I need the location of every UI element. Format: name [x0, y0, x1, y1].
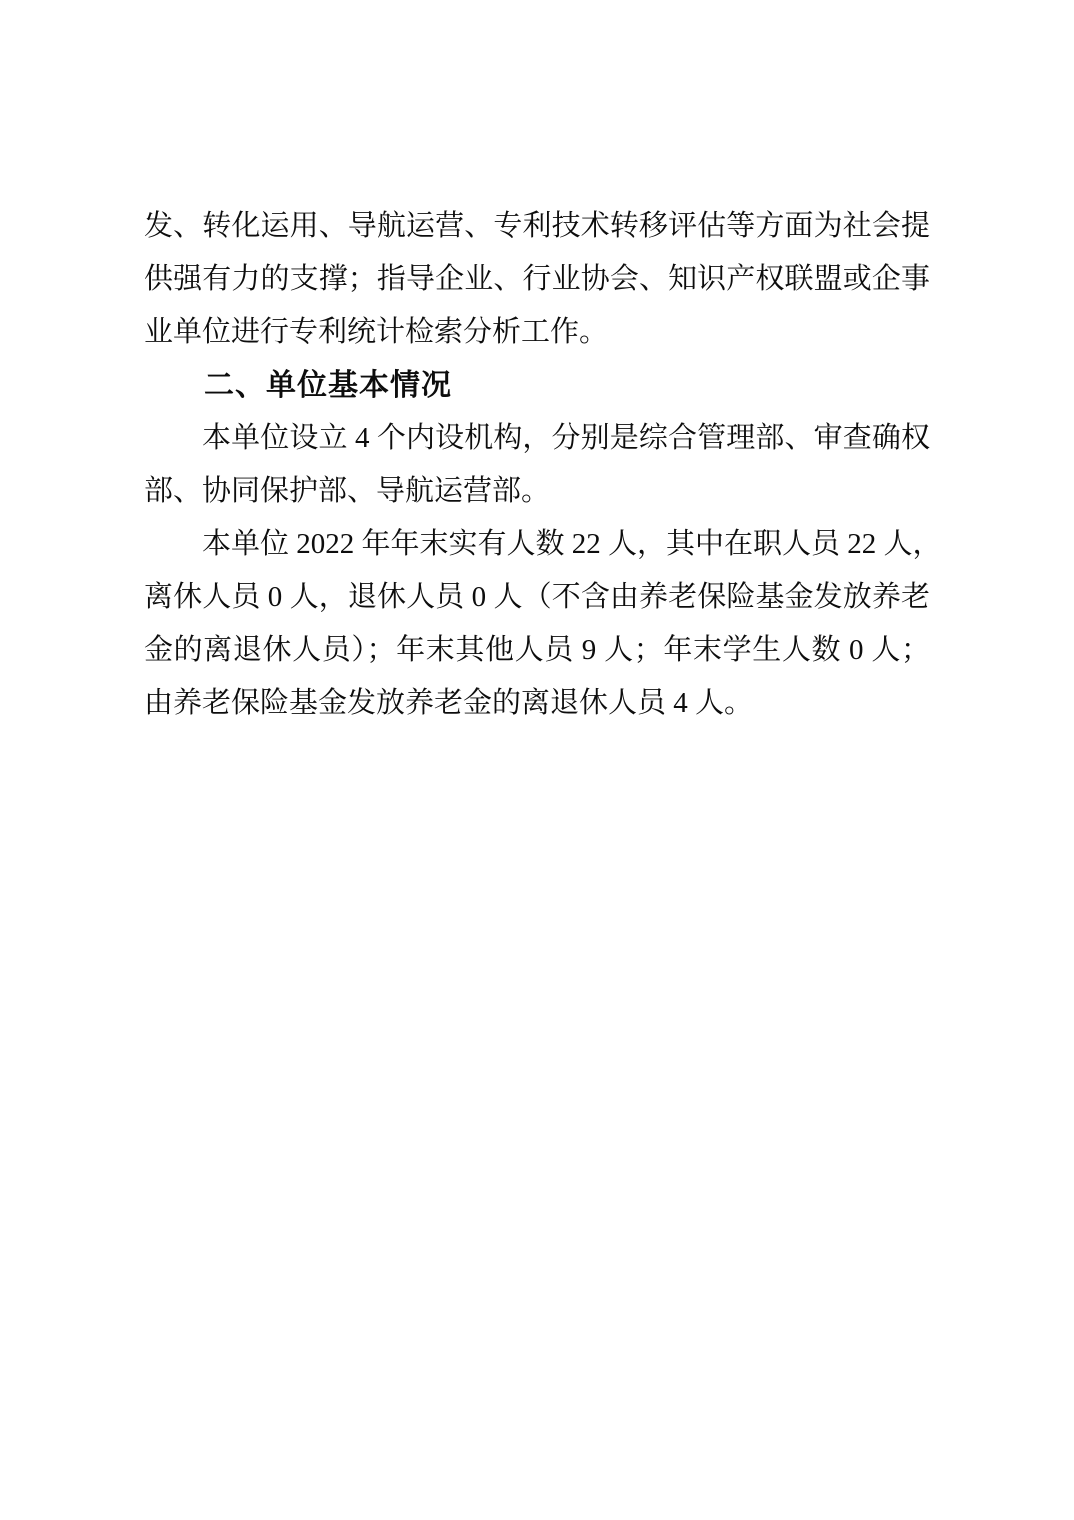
text-line: 由养老保险基金发放养老金的离退休人员 4 人。 [144, 677, 930, 730]
section-heading: 二、单位基本情况 [144, 359, 930, 412]
text-line: 业单位进行专利统计检索分析工作。 [144, 306, 930, 359]
text-line: 供强有力的支撑；指导企业、行业协会、知识产权联盟或企事 [144, 253, 930, 306]
text-line: 发、转化运用、导航运营、专利技术转移评估等方面为社会提 [144, 200, 930, 253]
paragraph-staff-numbers: 本单位 2022 年年末实有人数 22 人，其中在职人员 22 人， 离休人员 … [144, 518, 930, 730]
text-line: 本单位设立 4 个内设机构，分别是综合管理部、审查确权 [144, 412, 930, 465]
document-body: 发、转化运用、导航运营、专利技术转移评估等方面为社会提 供强有力的支撑；指导企业… [144, 200, 930, 730]
paragraph-overflow: 发、转化运用、导航运营、专利技术转移评估等方面为社会提 供强有力的支撑；指导企业… [144, 200, 930, 359]
text-line: 本单位 2022 年年末实有人数 22 人，其中在职人员 22 人， [144, 518, 930, 571]
paragraph-internal-orgs: 本单位设立 4 个内设机构，分别是综合管理部、审查确权 部、协同保护部、导航运营… [144, 412, 930, 518]
text-line: 部、协同保护部、导航运营部。 [144, 465, 930, 518]
text-line: 金的离退休人员）；年末其他人员 9 人；年末学生人数 0 人； [144, 624, 930, 677]
section-heading-block: 二、单位基本情况 [144, 359, 930, 412]
text-line: 离休人员 0 人，退休人员 0 人（不含由养老保险基金发放养老 [144, 571, 930, 624]
document-page: 发、转化运用、导航运营、专利技术转移评估等方面为社会提 供强有力的支撑；指导企业… [0, 0, 1074, 1520]
